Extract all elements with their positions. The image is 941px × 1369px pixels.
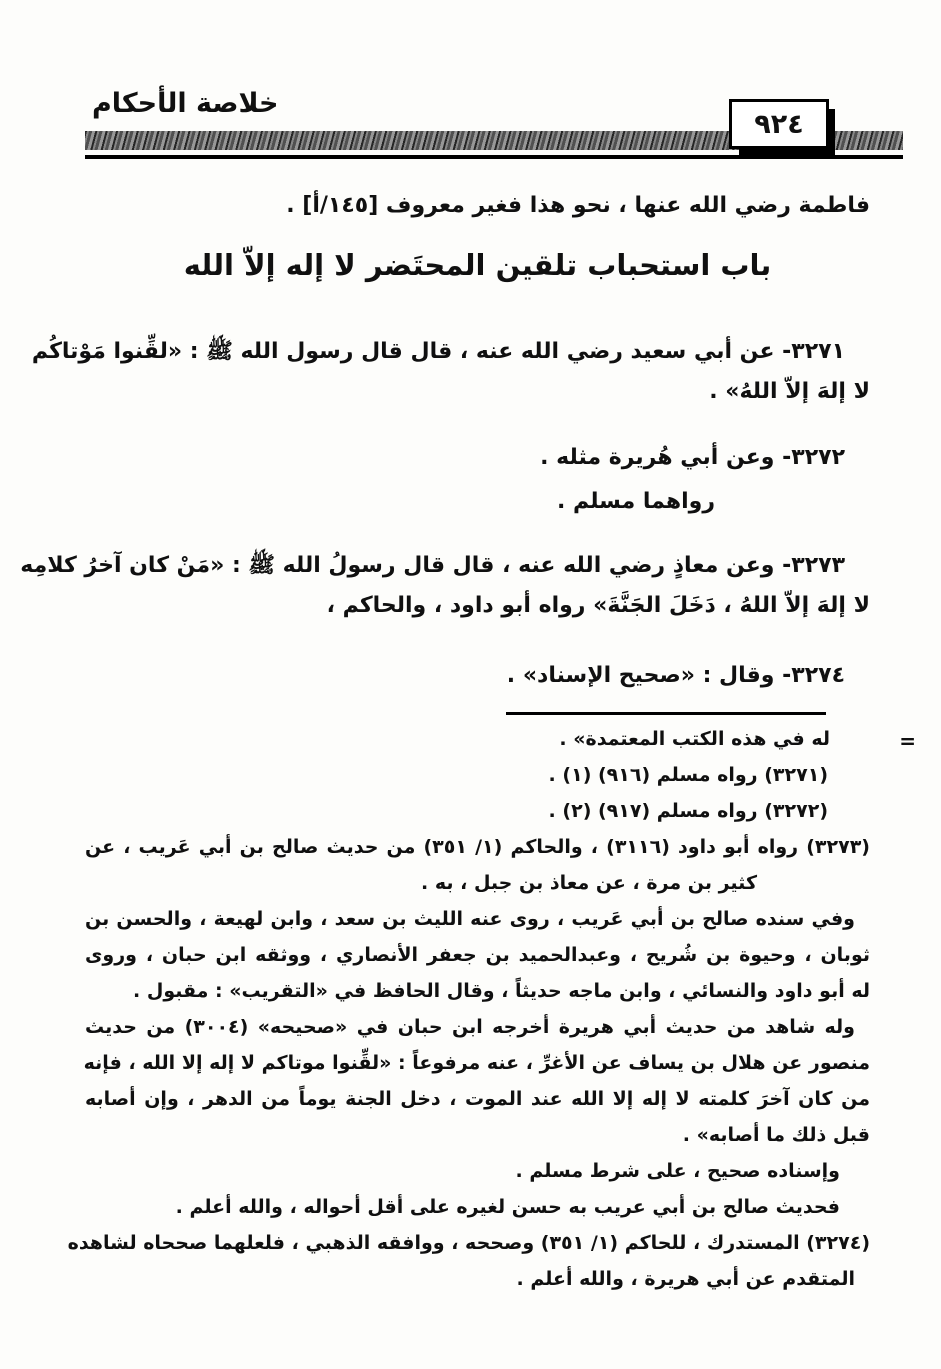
- footnote-3273-line-6: وله شاهد من حديث أبي هريرة أخرجه ابن حبا…: [85, 1009, 870, 1045]
- book-title: خلاصة الأحكام: [92, 88, 278, 119]
- hadith-3272-takhrij: رواهما مسلم .: [85, 482, 870, 522]
- hadith-3273-line-1: ٣٢٧٣- وعن معاذٍ رضي الله عنه ، قال قال ر…: [85, 546, 870, 586]
- footnote-3274-line-1: (٣٢٧٤) المستدرك ، للحاكم (١/ ٣٥١) وصححه …: [85, 1225, 870, 1261]
- footnote-3273-line-8: من كان آخرَ كلمته لا إله إلا الله عند ال…: [85, 1081, 870, 1117]
- hadith-3271-line-2: لا إلهَ إلاّ اللهُ» .: [85, 372, 870, 412]
- page-number: ٩٢٤: [754, 109, 803, 140]
- footnote-3273-line-3: وفي سنده صالح بن أبي عَريب ، روى عنه الل…: [85, 901, 870, 937]
- hadith-3271-line-1: ٣٢٧١- عن أبي سعيد رضي الله عنه ، قال قال…: [85, 332, 870, 372]
- footnote-continuation: له في هذه الكتب المعتمدة» . =: [85, 721, 870, 757]
- footnote-3272: (٣٢٧٢) رواه مسلم (٩١٧) (٢) .: [85, 793, 870, 829]
- chapter-title: باب استحباب تلقين المحتَضر لا إله إلاّ ا…: [85, 242, 870, 288]
- footnote-3273-line-7: منصور عن هلال بن يساف عن الأغرِّ ، عنه م…: [85, 1045, 870, 1081]
- footnote-3273-line-4: ثوبان ، وحيوة بن شُريح ، وعبدالحميد بن ج…: [85, 937, 870, 973]
- footnote-3273-line-9: قبل ذلك ما أصابه» .: [85, 1117, 870, 1153]
- footnote-3273-line-5: له أبو داود والنسائي ، وابن ماجه حديثاً …: [85, 973, 870, 1009]
- header-rule: [85, 155, 903, 159]
- footnote-3271: (٣٢٧١) رواه مسلم (٩١٦) (١) .: [85, 757, 870, 793]
- footnote-continuation-text: له في هذه الكتب المعتمدة» .: [559, 728, 830, 750]
- footnote-3274-line-2: المتقدم عن أبي هريرة ، والله أعلم .: [85, 1261, 870, 1297]
- footnote-3273-line-1: (٣٢٧٣) رواه أبو داود (٣١١٦) ، والحاكم (١…: [85, 829, 870, 865]
- footnote-3273-line-10: وإسناده صحيح ، على شرط مسلم .: [85, 1153, 870, 1189]
- book-page: خلاصة الأحكام ٩٢٤ فاطمة رضي الله عنها ، …: [0, 0, 941, 1369]
- hadith-3274-line: ٣٢٧٤- وقال : «صحيح الإسناد» .: [85, 656, 870, 696]
- footnote-separator: [506, 712, 826, 715]
- hadith-3272-line: ٣٢٧٢- وعن أبي هُريرة مثله .: [85, 438, 870, 478]
- page-content: فاطمة رضي الله عنها ، نحو هذا فغير معروف…: [85, 160, 870, 1297]
- footnote-3273-line-11: فحديث صالح بن أبي عريب به حسن لغيره على …: [85, 1189, 870, 1225]
- footnote-continuation-marker: =: [899, 723, 916, 759]
- page-number-box: ٩٢٤: [729, 99, 829, 149]
- body-continuation-line: فاطمة رضي الله عنها ، نحو هذا فغير معروف…: [85, 186, 870, 226]
- hadith-3273-line-2: لا إلهَ إلاّ اللهُ ، دَخَلَ الجَنَّةَ» ر…: [85, 586, 870, 626]
- footnote-3273-line-2: كثير بن مرة ، عن معاذ بن جبل ، به .: [85, 865, 870, 901]
